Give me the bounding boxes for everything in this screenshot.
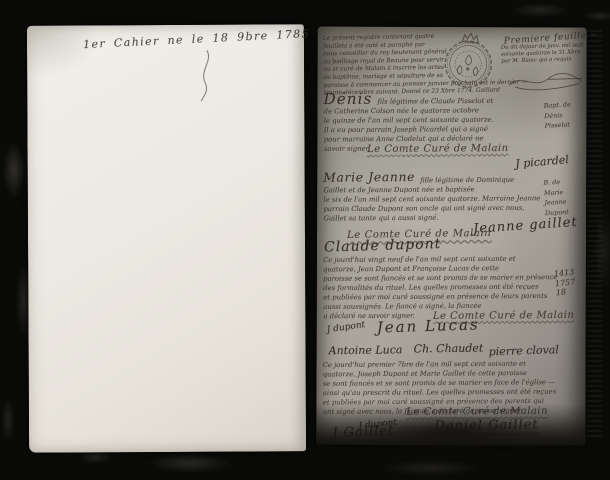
left-page: 1er Cahier ne le 18 9bre 1785 xyxy=(27,24,306,452)
entry-initial: Marie Jeanne xyxy=(323,173,415,183)
margin-note-baptism-marie-jeanne: B. deMarieJeanneDupont xyxy=(543,176,585,218)
gutter-shadow xyxy=(316,403,585,446)
witness-signature: J picardel xyxy=(515,153,569,170)
signature-flourish-icon xyxy=(506,69,586,91)
book-page-edges xyxy=(586,30,602,438)
witness-signature: Antoine Luca xyxy=(329,343,403,357)
witness-signature: pierre cloval xyxy=(488,343,559,358)
folio-note: Du dit dejour de janv. mil septsoixante … xyxy=(501,41,597,64)
pen-flourish-icon xyxy=(197,49,217,104)
royal-stamp-icon xyxy=(431,25,507,95)
baptism-entry-marie-jeanne: Marie Jeanne fille légitime de Dominique… xyxy=(323,175,561,223)
handwritten-line: 18 xyxy=(555,286,576,298)
baptism-entry-denis: Dénis fils légitime de Claude Pisselot e… xyxy=(323,96,561,154)
entry-initial: Dénis xyxy=(323,94,372,104)
witness-signature: J dupont xyxy=(326,320,366,335)
right-page: Le présent registre contenant quatrefeui… xyxy=(316,27,586,446)
witness-signature: Jean Lucas xyxy=(376,315,479,336)
archival-annotation: 1er Cahier ne le 18 9bre 1785 xyxy=(83,30,253,51)
handwritten-line: Pisselot xyxy=(544,119,584,131)
betrothal-entry-dupont-lucas: Ce jourd'hui vingt neuf de l'an mil sept… xyxy=(323,254,561,321)
witness-signature: Ch. Chaudet xyxy=(414,342,484,356)
margin-folio-numbers: 1413175718 xyxy=(553,267,576,297)
margin-note-baptism-denis: Bapt. deDénisPisselot xyxy=(543,99,584,131)
scanned-register-spread: 1er Cahier ne le 18 9bre 1785 Le présent… xyxy=(0,0,610,480)
witness-signature: Claude dupont xyxy=(324,236,442,256)
priest-signature: Le Comte Curé de Malain xyxy=(367,144,509,154)
